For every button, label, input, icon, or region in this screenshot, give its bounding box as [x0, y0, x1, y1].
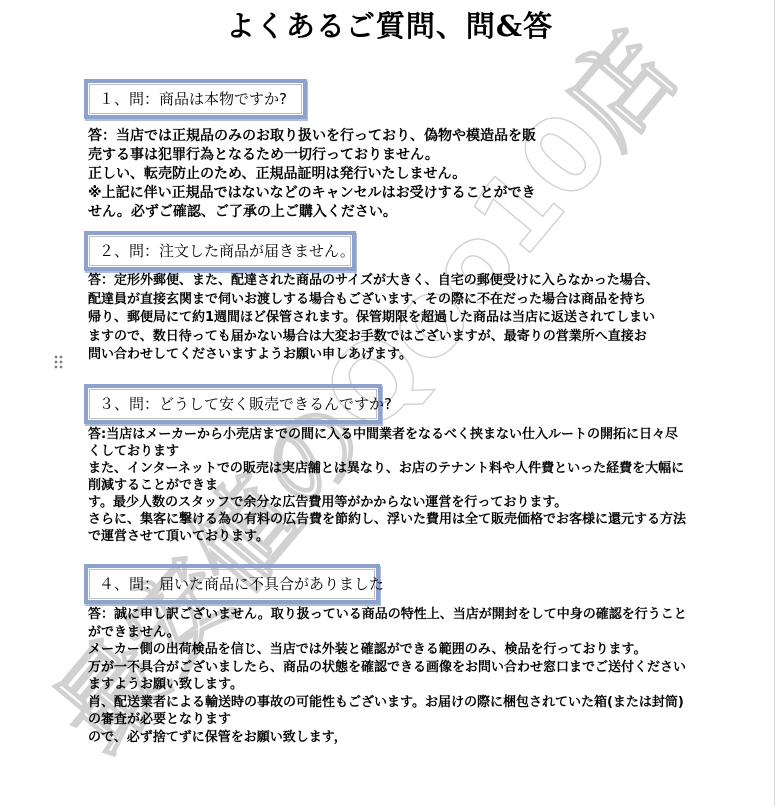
- faq-page: 最安値のQoo10店 よくあるご質問、問&答 １、問：商品は本物ですか? 答：当…: [0, 0, 779, 806]
- question-box-1: １、問：商品は本物ですか?: [84, 79, 307, 119]
- answer-2-text: 答：定形外郵便、また、配達された商品のサイズが大きく、自宅の郵便受けに入らなかっ…: [88, 272, 659, 365]
- question-3-label: ３、問：どうして安く販売できるんですか?: [89, 389, 377, 419]
- question-2-label: ２、問：注文した商品が届きません。: [89, 236, 351, 266]
- answer-3-text: 答:当店はメーカーから小売店までの間に入る中間業者をなるべく挟まない仕入ルートの…: [88, 426, 686, 545]
- question-box-3: ３、問：どうして安く販売できるんですか?: [84, 384, 382, 424]
- answer-1-text: 答：当店では正規品のみのお取り扱いを行っており、偽物や模造品を販 売する事は犯罪…: [88, 127, 536, 222]
- page-title: よくあるご質問、問&答: [0, 4, 779, 45]
- page-right-edge-line: [774, 0, 775, 806]
- question-box-2: ２、問：注文した商品が届きません。: [84, 231, 356, 271]
- question-box-4: ４、問：届いた商品に不具合がありました: [84, 564, 380, 604]
- question-1-label: １、問：商品は本物ですか?: [89, 84, 302, 114]
- drag-handle-icon[interactable]: [54, 355, 64, 370]
- question-4-label: ４、問：届いた商品に不具合がありました: [89, 569, 375, 599]
- answer-4-text: 答：誠に申し訳ございません。取り扱っている商品の特性上、当店が開封をして中身の確…: [88, 606, 687, 746]
